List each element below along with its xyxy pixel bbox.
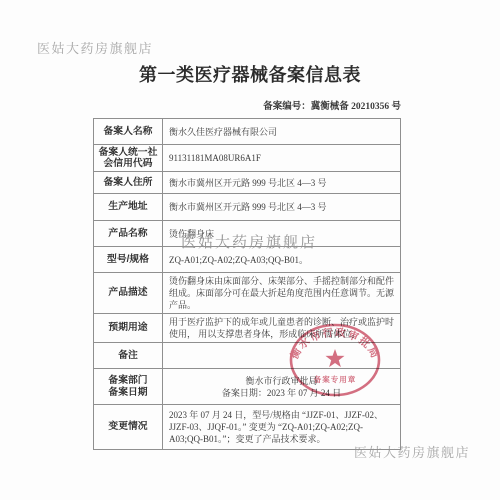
row-label: 备案人住所 (94, 172, 163, 194)
row-value-line: 备案日期：2023 年 07 月 24 日 (169, 387, 394, 399)
watermark-shop-name-middle: 医姑大药房旗舰店 (181, 231, 317, 252)
row-label: 型号/规格 (94, 247, 163, 273)
registration-table-body: 备案人名称衡水久佳医疗器械有限公司备案人统一社 会信用代码91131181MA0… (94, 119, 401, 450)
row-value: 91131181MA08UR6A1F (163, 145, 401, 172)
row-value (163, 343, 401, 369)
table-row: 备注 (94, 343, 401, 369)
table-row: 备案人统一社 会信用代码91131181MA08UR6A1F (94, 145, 401, 172)
row-value: 衡水市冀州区开元路 999 号北区 4—3 号 (163, 172, 401, 194)
table-row: 备案人住所衡水市冀州区开元路 999 号北区 4—3 号 (94, 172, 401, 194)
row-value: 用于医疗监护下的成年或儿童患者的诊断、治疗或监护时使用， 用以支撑患者身体，形成… (163, 314, 401, 343)
row-label: 预期用途 (94, 314, 163, 343)
table-row: 预期用途用于医疗监护下的成年或儿童患者的诊断、治疗或监护时使用， 用以支撑患者身… (94, 314, 401, 343)
row-label: 备案部门 备案日期 (94, 369, 163, 405)
row-value: 衡水市冀州区开元路 999 号北区 4—3 号 (163, 194, 401, 221)
row-value: 衡水久佳医疗器械有限公司 (163, 119, 401, 145)
table-row: 备案部门 备案日期衡水市行政审批局备案日期：2023 年 07 月 24 日 (94, 369, 401, 405)
row-label: 备注 (94, 343, 163, 369)
table-row: 变更情况2023 年 07 月 24 日，型号/规格由 “JJZF-01、JJZ… (94, 405, 401, 450)
table-row: 产品描述烫伤翻身床由床面部分、床架部分、手摇控制部分和配件组成。床面部分可在最大… (94, 273, 401, 314)
record-number: 备案编号：冀衡械备 20210356 号 (263, 98, 401, 112)
row-label: 产品名称 (94, 221, 163, 247)
registration-table: 备案人名称衡水久佳医疗器械有限公司备案人统一社 会信用代码91131181MA0… (93, 118, 401, 450)
row-value: 烫伤翻身床由床面部分、床架部分、手摇控制部分和配件组成。床面部分可在最大折起角度… (163, 273, 401, 314)
row-label: 备案人名称 (94, 119, 163, 145)
row-value: 2023 年 07 月 24 日，型号/规格由 “JJZF-01、JJZF-02… (163, 405, 401, 450)
row-label: 生产地址 (94, 194, 163, 221)
scanned-document-page: { "watermark": { "text": "医姑大药房旗舰店" }, "… (0, 0, 500, 500)
row-value-line: 衡水市行政审批局 (169, 375, 394, 387)
page-title: 第一类医疗器械备案信息表 (0, 61, 500, 87)
watermark-shop-name-top: 医姑大药房旗舰店 (37, 38, 153, 57)
row-label: 备案人统一社 会信用代码 (94, 145, 163, 172)
row-label: 变更情况 (94, 405, 163, 450)
table-row: 备案人名称衡水久佳医疗器械有限公司 (94, 119, 401, 145)
row-value: 衡水市行政审批局备案日期：2023 年 07 月 24 日 (163, 369, 401, 405)
table-row: 生产地址衡水市冀州区开元路 999 号北区 4—3 号 (94, 194, 401, 221)
row-label: 产品描述 (94, 273, 163, 314)
